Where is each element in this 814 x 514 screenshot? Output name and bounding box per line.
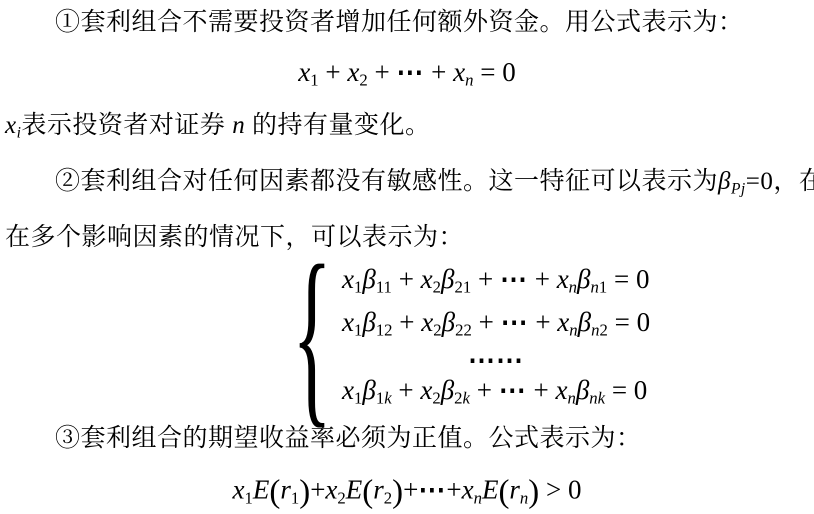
formula-expected-return-positive: x1E(r1)+x2E(r2)+⋯+xnE(rn) > 0 <box>0 474 814 511</box>
formula-sum-zero: x1 + x2 + ⋯ + xn = 0 <box>0 57 814 91</box>
document-page: ①套利组合不需要投资者增加任何额外资金。用公式表示为： x1 + x2 + ⋯ … <box>0 0 814 514</box>
equation-system-rows: x1β11 + x2β21 + ⋯ + xnβn1 = 0 x1β12 + x2… <box>342 262 650 408</box>
system-ellipsis-row: ⋯⋯ <box>342 347 650 373</box>
equation-system: { x1β11 + x2β21 + ⋯ + xnβn1 = 0 x1β12 + … <box>276 260 650 410</box>
system-equation-row-k: x1β1k + x2β2k + ⋯ + xnβnk = 0 <box>342 373 650 416</box>
paragraph-factor-sensitivity: ②套利组合对任何因素都没有敏感性。这一特征可以表示为βPj=0，在存 <box>55 167 814 204</box>
paragraph-xi-definition: xi表示投资者对证券 n 的持有量变化。 <box>5 111 430 148</box>
paragraph-expected-return: ③套利组合的期望收益率必须为正值。公式表示为： <box>55 424 642 454</box>
left-brace-glyph: { <box>292 236 332 434</box>
system-equation-row-1: x1β11 + x2β21 + ⋯ + xnβn1 = 0 <box>342 262 650 305</box>
system-equation-row-2: x1β12 + x2β22 + ⋯ + xnβn2 = 0 <box>342 305 650 348</box>
paragraph-arbitrage-no-extra-funds: ①套利组合不需要投资者增加任何额外资金。用公式表示为： <box>55 8 744 38</box>
paragraph-multi-factor: 在多个影响因素的情况下，可以表示为： <box>5 223 464 253</box>
